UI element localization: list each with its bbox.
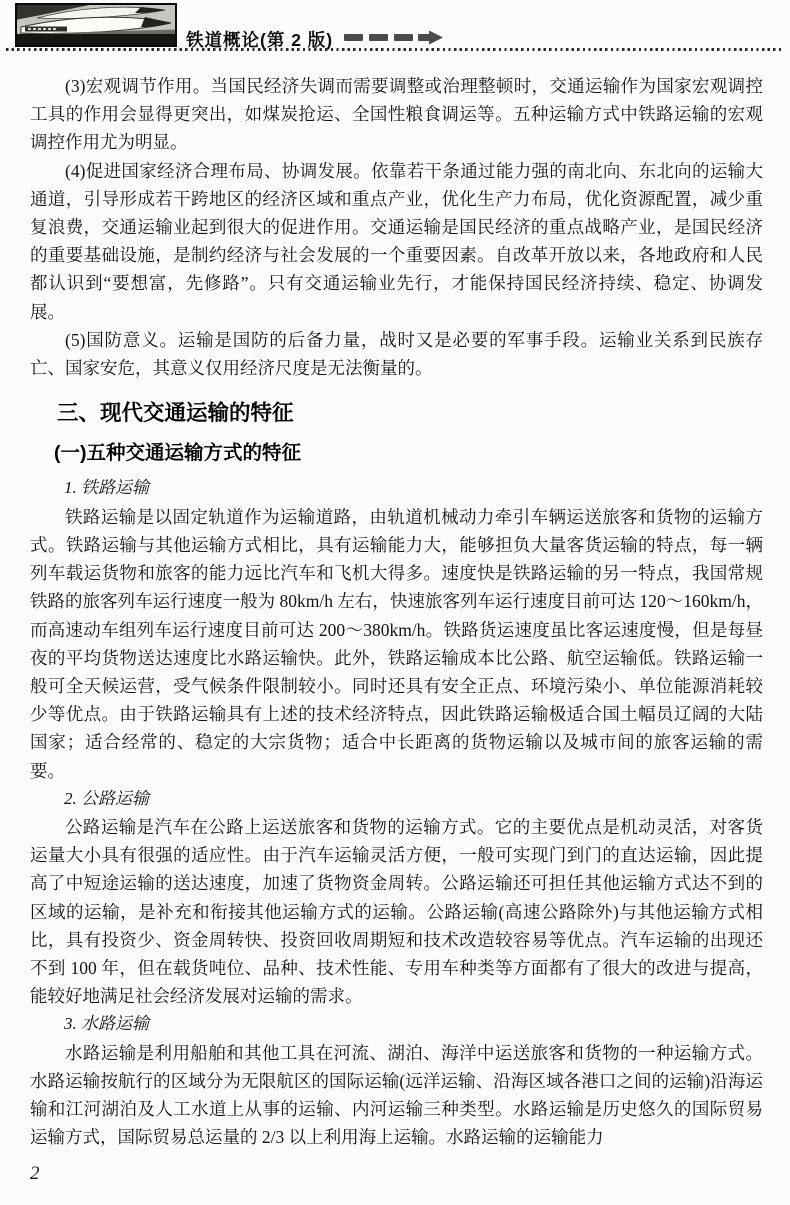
paragraph-national-defense: (5)国防意义。运输是国防的后备力量，战时又是必要的军事手段。运输业关系到民族存… (30, 326, 763, 382)
textbook-page: 铁道概论(第 2 版) (3)宏观调节作用。当国民经济失调而需要调整或治理整顿时… (0, 0, 790, 1205)
paragraph-highway-transport: 公路运输是汽车在公路上运送旅客和货物的运输方式。它的主要优点是机动灵活，对客货运… (30, 813, 763, 1010)
section-heading: 三、现代交通运输的特征 (57, 400, 763, 427)
paragraph-macro-regulation: (3)宏观调节作用。当国民经济失调而需要调整或治理整顿时，交通运输作为国家宏观调… (30, 72, 763, 157)
train-photo (15, 3, 177, 47)
paragraph-waterway-transport: 水路运输是利用船舶和其他工具在河流、湖泊、海洋中运送旅客和货物的一种运输方式。水… (30, 1039, 763, 1152)
subsection-heading: (一)五种交通运输方式的特征 (54, 441, 763, 465)
paragraph-economic-layout: (4)促进国家经济合理布局、协调发展。依靠若干条通过能力强的南北向、东北向的运输… (30, 157, 763, 326)
item-heading-waterway: 3. 水路运输 (30, 1010, 763, 1038)
page-body: (3)宏观调节作用。当国民经济失调而需要调整或治理整顿时，交通运输作为国家宏观调… (30, 72, 763, 1151)
item-heading-highway: 2. 公路运输 (30, 785, 763, 813)
dotted-divider (6, 48, 784, 51)
paragraph-railway-transport: 铁路运输是以固定轨道作为运输道路，由轨道机械动力牵引车辆运送旅客和货物的运输方式… (30, 503, 763, 785)
page-number: 2 (30, 1163, 40, 1185)
dashed-arrow-icon (344, 30, 444, 45)
item-heading-railway: 1. 铁路运输 (30, 474, 763, 502)
page-header: 铁道概论(第 2 版) (0, 0, 790, 56)
